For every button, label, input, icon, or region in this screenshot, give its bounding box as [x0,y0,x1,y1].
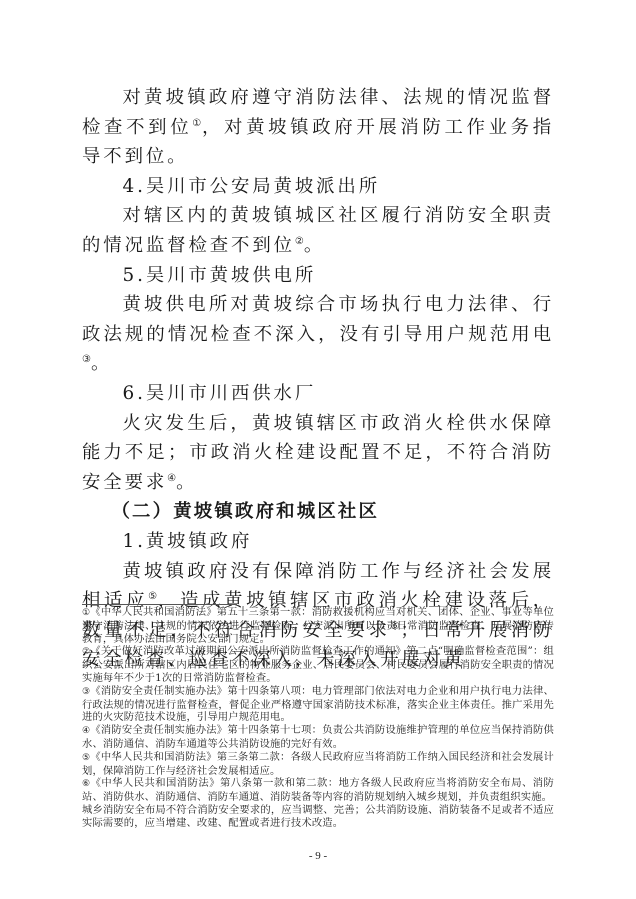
footnote-5: ⑤《中华人民共和国消防法》第三条第二款：各级人民政府应当将消防工作纳入国民经济和… [82,751,554,778]
footnote-4: ④《消防安全责任制实施办法》第十四条第十七项：负责公共消防设施维护管理的单位应当… [82,724,554,751]
paragraph-text: 。 [176,472,197,493]
subheading-water-plant: 6.吴川市川西供水厂 [82,379,554,409]
paragraph-text: 。 [304,235,325,256]
document-page: 对黄坡镇政府遵守消防法律、法规的情况监督检查不到位①，对黄坡镇政府开展消防工作业… [0,0,636,899]
footnote-text: 《中华人民共和国消防法》第五十三条第一款：消防救援机构应当对机关、团体、企业、事… [82,606,554,645]
footnote-separator [82,604,237,605]
footnote-ref-5[interactable]: ⑤ [148,591,158,602]
footnote-text: 《中华人民共和国消防法》第八条第一款和第二款：地方各级人民政府应当将消防安全布局… [82,777,554,803]
footnote-text: 《关于做好消防改革过渡期间公安派出所消防监督检查工作的通知》第二点“明确监督检查… [82,645,554,684]
footnote-text: 《消防安全责任制实施办法》第十四条第十七项：负责公共消防设施维护管理的单位应当保… [82,724,554,750]
footnote-text: 《消防安全责任制实施办法》第十四条第八项：电力管理部门依法对电力企业和用户执行电… [82,685,554,724]
footnote-2: ②《关于做好消防改革过渡期间公安派出所消防监督检查工作的通知》第二点“明确监督检… [82,645,554,684]
footnote-3: ③《消防安全责任制实施办法》第十四条第八项：电力管理部门依法对电力企业和用户执行… [82,685,554,724]
body-text: 对黄坡镇政府遵守消防法律、法规的情况监督检查不到位①，对黄坡镇政府开展消防工作业… [82,83,554,675]
paragraph: 黄坡供电所对黄坡综合市场执行电力法律、行政法规的情况检查不深入，没有引导用户规范… [82,290,554,379]
footnote-ref-4[interactable]: ④ [167,473,176,484]
footnote-ref-2[interactable]: ② [295,236,304,247]
footnotes: ①《中华人民共和国消防法》第五十三条第一款：消防救援机构应当对机关、团体、企业、… [82,606,554,830]
footnote-1: ①《中华人民共和国消防法》第五十三条第一款：消防救援机构应当对机关、团体、企业、… [82,606,554,645]
subheading-town-government: 1.黄坡镇政府 [82,527,554,557]
page-number: - 9 - [0,850,636,862]
paragraph: 对黄坡镇政府遵守消防法律、法规的情况监督检查不到位①，对黄坡镇政府开展消防工作业… [82,83,554,172]
paragraph-text: 。 [91,353,112,374]
subheading-police-station: 4.吴川市公安局黄坡派出所 [82,172,554,202]
footnote-ref-3[interactable]: ③ [82,354,91,365]
paragraph-text: 火灾发生后，黄坡镇辖区市政消火栓供水保障能力不足；市政消火栓建设配置不足，不符合… [82,413,554,493]
footnote-text: 《中华人民共和国消防法》第三条第二款：各级人民政府应当将消防工作纳入国民经济和社… [82,751,554,777]
footnote-text: 城乡消防安全布局不符合消防安全要求的，应当调整、完善；公共消防设施、消防装备不足… [82,804,554,829]
footnote-6-continued: 城乡消防安全布局不符合消防安全要求的，应当调整、完善；公共消防设施、消防装备不足… [82,804,554,830]
paragraph-text: 黄坡供电所对黄坡综合市场执行电力法律、行政法规的情况检查不深入，没有引导用户规范… [82,294,554,345]
footnote-number: ⑥ [82,779,91,789]
paragraph: 对辖区内的黄坡镇城区社区履行消防安全职责的情况监督检查不到位②。 [82,201,554,260]
paragraph: 火灾发生后，黄坡镇辖区市政消火栓供水保障能力不足；市政消火栓建设配置不足，不符合… [82,409,554,498]
subheading-power-station: 5.吴川市黄坡供电所 [82,261,554,291]
footnote-6: ⑥《中华人民共和国消防法》第八条第一款和第二款：地方各级人民政府应当将消防安全布… [82,777,554,804]
section-heading: （二）黄坡镇政府和城区社区 [82,497,554,527]
footnote-ref-1[interactable]: ① [192,118,202,129]
